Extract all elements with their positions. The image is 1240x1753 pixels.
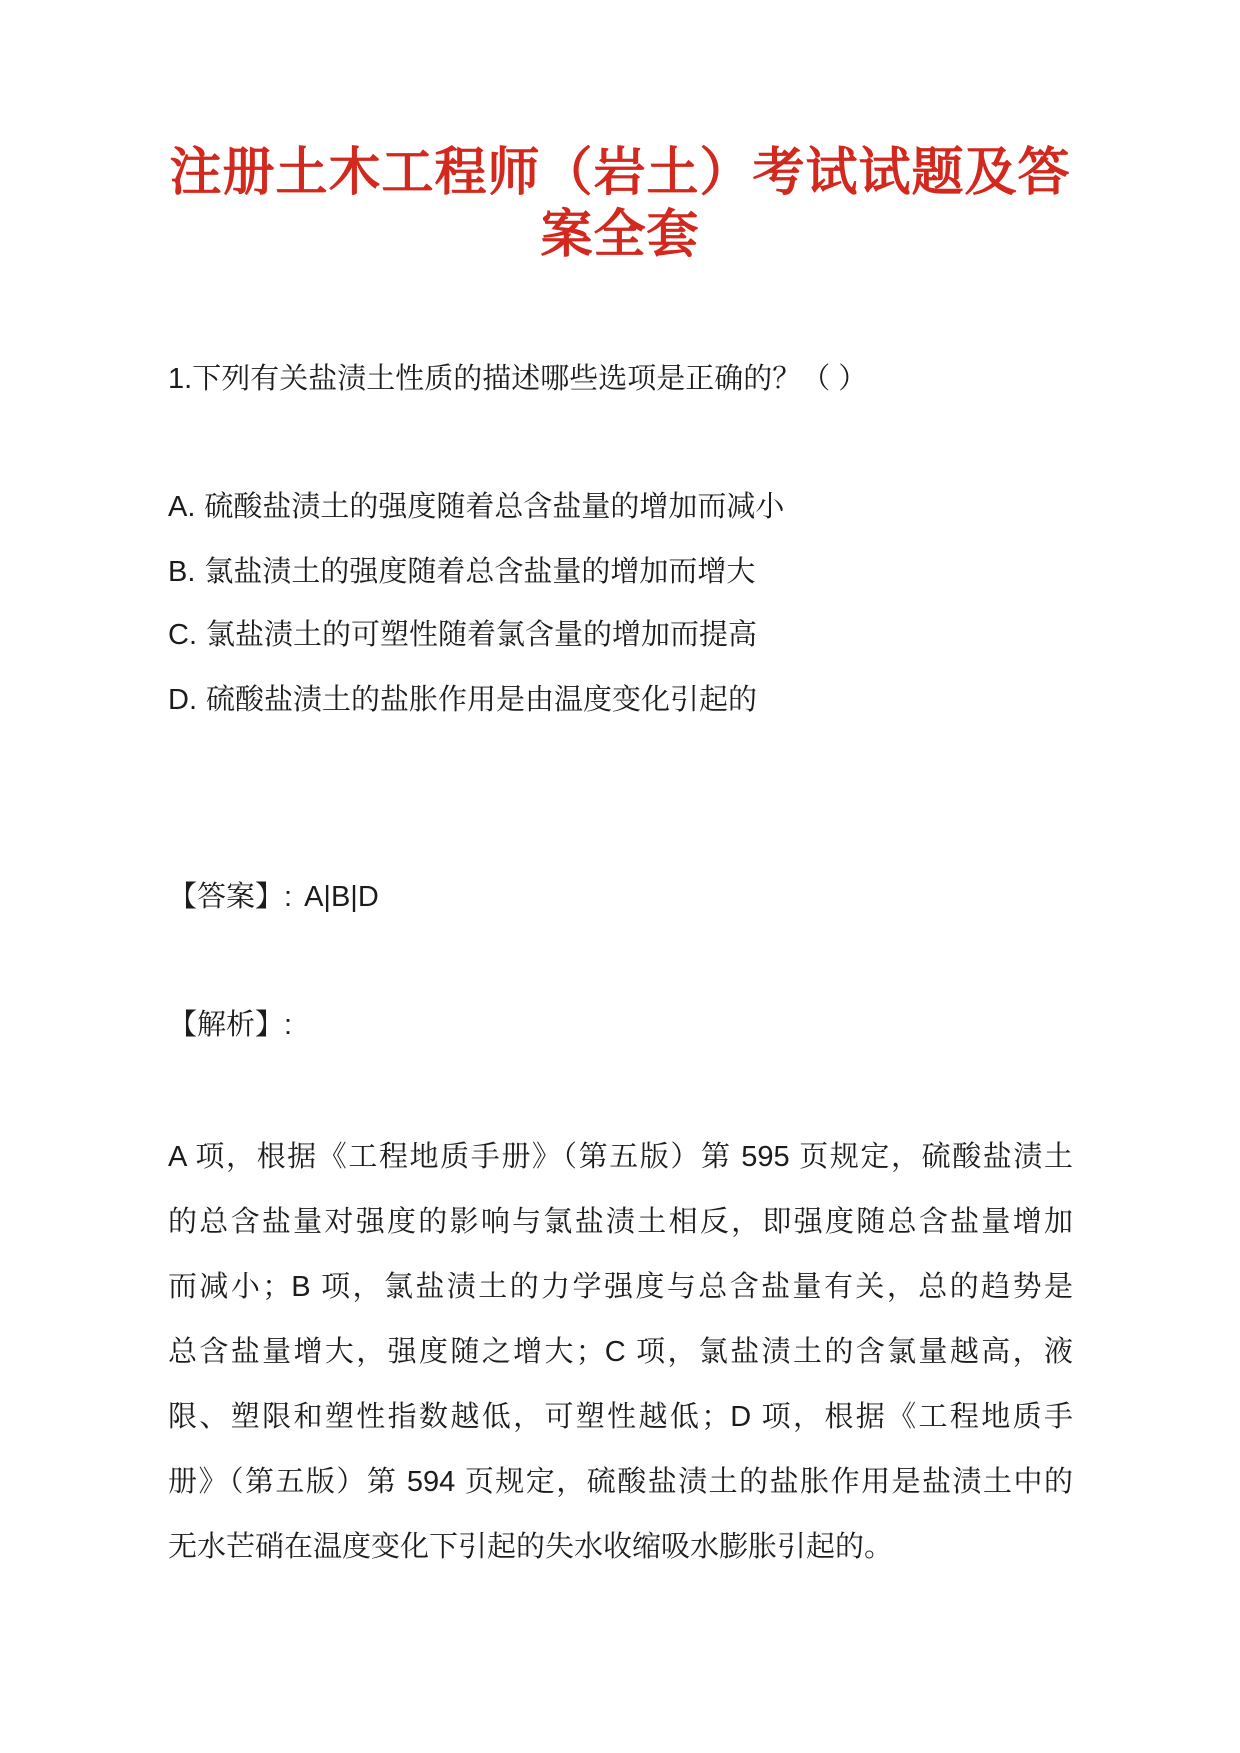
answer-colon: : bbox=[284, 881, 292, 913]
question-text: 下列有关盐渍土性质的描述哪些选项是正确的？（ ） bbox=[192, 363, 867, 395]
option-b: B.氯盐渍土的强度随着总含盐量的增加而增大 bbox=[168, 557, 755, 587]
answer-value: A|B|D bbox=[304, 881, 379, 913]
analysis-line: 限、塑限和塑性指数越低，可塑性越低；D 项，根据《工程地质手 bbox=[168, 1385, 1073, 1450]
option-a: A.硫酸盐渍土的强度随着总含盐量的增加而减小 bbox=[168, 492, 784, 522]
analysis-line: 总含盐量增大，强度随之增大；C 项，氯盐渍土的含氯量越高，液 bbox=[168, 1320, 1073, 1385]
option-c-text: 氯盐渍土的可塑性随着氯含量的增加而提高 bbox=[206, 619, 757, 651]
analysis-line: 的总含盐量对强度的影响与氯盐渍土相反，即强度随总含盐量增加 bbox=[168, 1190, 1073, 1255]
option-d-label: D. bbox=[168, 684, 197, 716]
analysis-line: 册》（第五版）第 594 页规定，硫酸盐渍土的盐胀作用是盐渍土中的 bbox=[168, 1450, 1073, 1515]
option-a-label: A. bbox=[168, 491, 195, 523]
option-b-text: 氯盐渍土的强度随着总含盐量的增加而增大 bbox=[204, 556, 755, 588]
option-c: C.氯盐渍土的可塑性随着氯含量的增加而提高 bbox=[168, 620, 757, 650]
title-line-1: 注册土木工程师（岩土）考试试题及答 bbox=[169, 144, 1070, 202]
question-number: 1. bbox=[168, 363, 192, 395]
analysis-colon: : bbox=[284, 1009, 292, 1041]
option-d-text: 硫酸盐渍土的盐胀作用是由温度变化引起的 bbox=[206, 684, 757, 716]
analysis-line: 无水芒硝在温度变化下引起的失水收缩吸水膨胀引起的。 bbox=[168, 1515, 1073, 1580]
analysis-line: 而减小；B 项，氯盐渍土的力学强度与总含盐量有关，总的趋势是 bbox=[168, 1255, 1073, 1320]
analysis-label-text: 【解析】 bbox=[168, 1009, 284, 1041]
option-d: D.硫酸盐渍土的盐胀作用是由温度变化引起的 bbox=[168, 685, 757, 715]
answer-line: 【答案】:A|B|D bbox=[168, 882, 379, 912]
question-line: 1.下列有关盐渍土性质的描述哪些选项是正确的？（ ） bbox=[168, 364, 867, 394]
analysis-paragraph: A 项，根据《工程地质手册》（第五版）第 595 页规定，硫酸盐渍土 的总含盐量… bbox=[168, 1125, 1073, 1580]
document-title: 注册土木工程师（岩土）考试试题及答 案全套 bbox=[0, 142, 1240, 266]
document-page: 注册土木工程师（岩土）考试试题及答 案全套 1.下列有关盐渍土性质的描述哪些选项… bbox=[0, 0, 1240, 1753]
option-a-text: 硫酸盐渍土的强度随着总含盐量的增加而减小 bbox=[204, 491, 784, 523]
analysis-line: A 项，根据《工程地质手册》（第五版）第 595 页规定，硫酸盐渍土 bbox=[168, 1125, 1073, 1190]
option-c-label: C. bbox=[168, 619, 197, 651]
analysis-label: 【解析】: bbox=[168, 1010, 292, 1040]
title-line-2: 案全套 bbox=[540, 206, 699, 264]
option-b-label: B. bbox=[168, 556, 195, 588]
answer-label: 【答案】 bbox=[168, 881, 284, 913]
